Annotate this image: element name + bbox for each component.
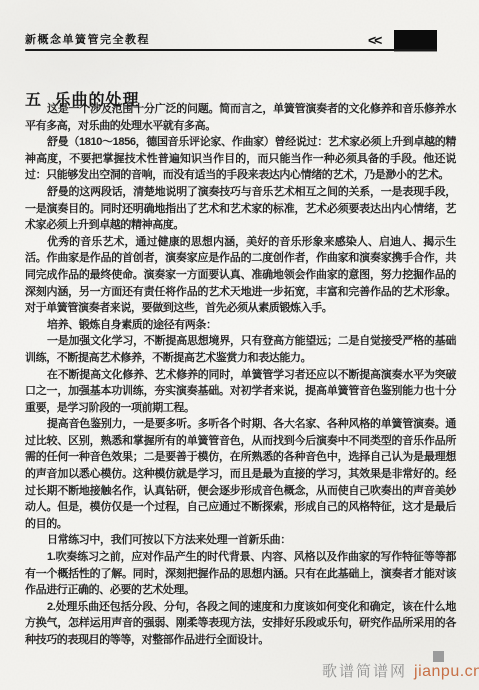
scanned-book-page: 新概念单簧管完全教程 << 五 乐曲的处理 这是一个涉及范围十分广泛的问题。简而… <box>0 0 479 690</box>
paragraph-timbre: 提高音色鉴别力，一是要多听。多听各个时期、各大名家、各种风格的单簧管演奏。通过比… <box>25 416 456 532</box>
paragraph-foundation: 在不断提高文化修养、艺术修养的同时，单簧管学习者还应以不断提高演奏水平为突破口之… <box>25 367 456 417</box>
paragraph-schumann: 舒曼（1810～1856，德国音乐评论家、作曲家）曾经说过：艺术家必须上升到卓越… <box>25 134 456 184</box>
watermark: 歌谱简谱网 jianpu.cn <box>322 660 479 681</box>
header-divider <box>25 49 437 51</box>
watermark-site-name: 歌谱简谱网 <box>322 660 407 681</box>
paragraph-intro: 这是一个涉及范围十分广泛的问题。简而言之，单簧管演奏者的文化修养和音乐修养水平有… <box>25 101 456 134</box>
paragraph-composer: 优秀的音乐艺术，通过健康的思想内涵，美好的音乐形象来感染人、启迪人、揭示生活。作… <box>25 234 456 317</box>
redacted-page-number-box <box>394 30 437 51</box>
nav-arrows-icon: << <box>368 32 380 48</box>
paragraph-relation: 舒曼的这两段话，清楚地说明了演奏技巧与音乐艺术相互之间的关系，一是表现手段，一是… <box>25 184 456 234</box>
book-title: 新概念单簧管完全教程 <box>25 31 150 47</box>
paragraph-daily: 日常练习中，我们可按以下方法来处理一首新乐曲： <box>25 532 456 549</box>
body-text: 这是一个涉及范围十分广泛的问题。简而言之，单簧管演奏者的文化修养和音乐修养水平有… <box>25 101 456 649</box>
scan-stray-mark: / <box>89 634 92 646</box>
paragraph-two-paths: 培养、锻炼自身素质的途径有两条： <box>25 317 456 334</box>
watermark-site-url: jianpu.cn <box>414 663 479 681</box>
paragraph-path-detail: 一是加强文化学习，不断提高思想境界，只有登高方能望远；二是自觉接受严格的基础训练… <box>25 333 456 366</box>
paragraph-method-1: 1.吹奏练习之前，应对作品产生的时代背景、内容、风格以及作曲家的写作特征等等都有… <box>25 549 456 599</box>
